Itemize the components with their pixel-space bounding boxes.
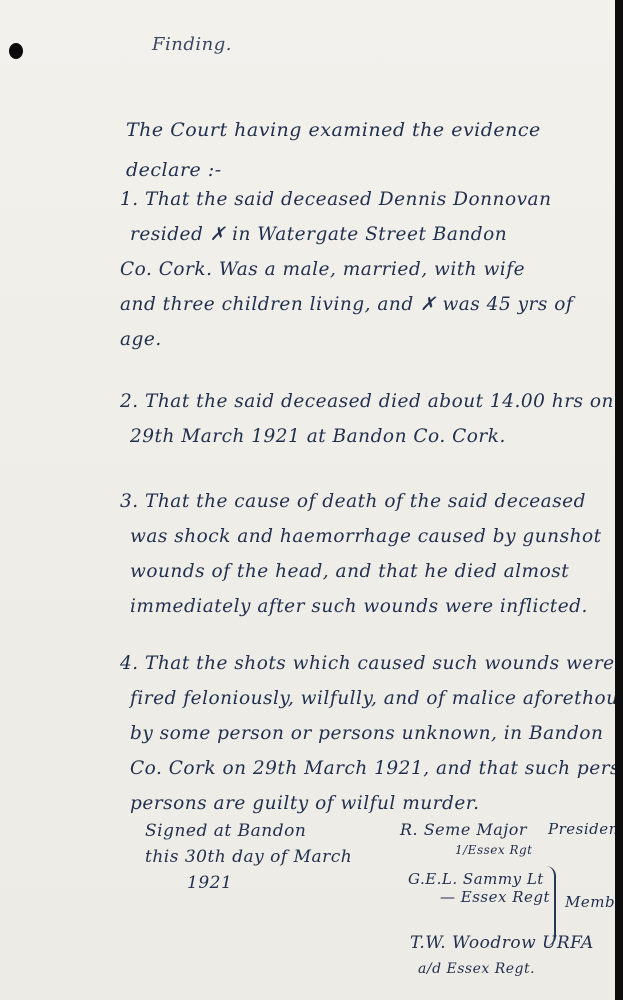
finding-line: age. [120,322,573,357]
finding-line: fired feloniously, wilfully, and of mali… [120,681,623,716]
finding-1: 1. That the said deceased Dennis Donnova… [120,182,573,357]
role-president-label: President [548,820,623,838]
signed-year: 1921 [145,870,352,896]
finding-line: was shock and haemorrhage caused by guns… [120,519,602,554]
finding-line: immediately after such wounds were infli… [120,589,602,624]
punch-hole [9,43,23,59]
signed-place-date: Signed at Bandon this 30th day of March … [145,818,352,896]
finding-3: 3. That the cause of death of the said d… [120,484,602,624]
signature-president: R. Seme Major [400,820,527,839]
finding-line: 4. That the shots which caused such woun… [120,646,623,681]
intro-text: The Court having examined the evidence d… [126,110,541,190]
finding-line: 29th March 1921 at Bandon Co. Cork. [120,419,614,454]
intro-line: The Court having examined the evidence [126,110,541,150]
signature-president-unit: 1/Essex Rgt [455,843,532,857]
finding-4: 4. That the shots which caused such woun… [120,646,623,821]
finding-line: Co. Cork. Was a male, married, with wife [120,252,573,287]
scan-edge [615,0,623,1000]
signed-line: this 30th day of March [145,844,352,870]
finding-line: persons are guilty of wilful murder. [120,786,623,821]
signed-line: Signed at Bandon [145,818,352,844]
finding-line: 3. That the cause of death of the said d… [120,484,602,519]
signature-member-2: — Essex Regt [440,888,550,906]
finding-line: wounds of the head, and that he died alm… [120,554,602,589]
finding-2: 2. That the said deceased died about 14.… [120,384,614,454]
signature-member-3-unit: a/d Essex Regt. [418,961,535,977]
finding-line: and three children living, and ✗ was 45 … [120,287,573,322]
finding-line: by some person or persons unknown, in Ba… [120,716,623,751]
finding-line: 1. That the said deceased Dennis Donnova… [120,182,573,217]
document-title: Finding. [152,34,232,55]
signature-member-1: G.E.L. Sammy Lt [408,870,544,888]
document-page: Finding. The Court having examined the e… [0,0,615,1000]
finding-line: resided ✗ in Watergate Street Bandon [120,217,573,252]
finding-line: Co. Cork on 29th March 1921, and that su… [120,751,623,786]
signature-member-3: T.W. Woodrow URFA [410,933,594,953]
finding-line: 2. That the said deceased died about 14.… [120,384,614,419]
